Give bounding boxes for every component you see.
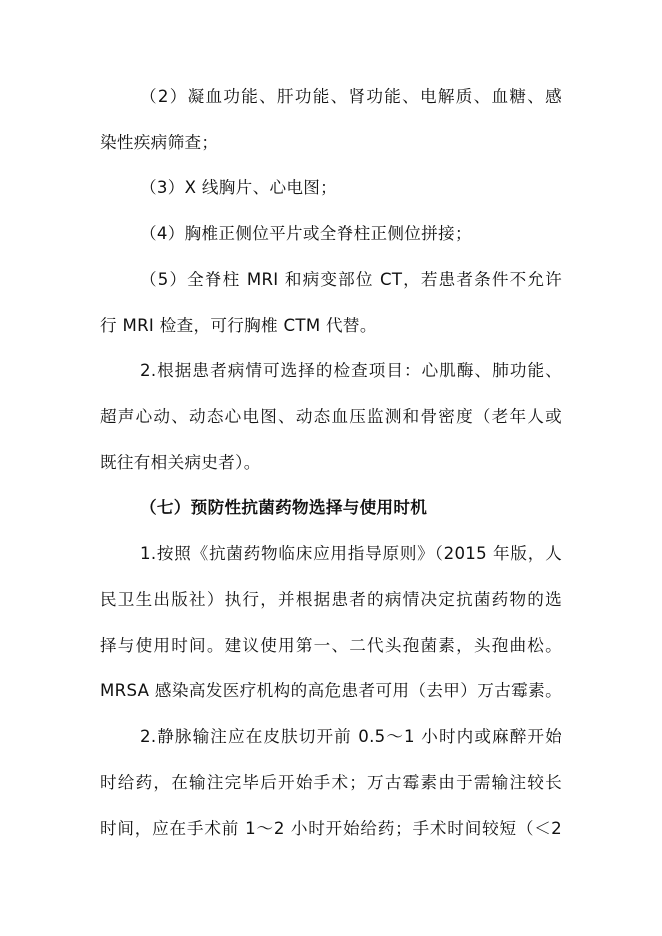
paragraph-line-optional-exams: 2.根据患者病情可选择的检查项目：心肌酶、肺功能、	[140, 360, 562, 382]
paragraph-line-item-5-cont: 行 MRI 检查，可行胸椎 CTM 代替。	[100, 315, 562, 337]
paragraph-line-optional-exams-cont-1: 超声心动、动态心电图、动态血压监测和骨密度（老年人或	[100, 406, 562, 428]
document-page: （2）凝血功能、肝功能、肾功能、电解质、血糖、感 染性疾病筛查； （3）X 线胸…	[0, 0, 662, 936]
section-heading-antibiotics: （七）预防性抗菌药物选择与使用时机	[140, 497, 562, 519]
paragraph-line-item-3: （3）X 线胸片、心电图；	[140, 177, 562, 199]
paragraph-line-item-2-cont: 染性疾病筛查；	[100, 132, 562, 154]
paragraph-line-antibiotics-1-cont-3: MRSA 感染高发医疗机构的高危患者可用（去甲）万古霉素。	[100, 680, 562, 702]
paragraph-line-antibiotics-2-cont-1: 时给药，在输注完毕后开始手术；万古霉素由于需输注较长	[100, 772, 562, 794]
paragraph-line-item-5: （5）全脊柱 MRI 和病变部位 CT，若患者条件不允许	[140, 269, 562, 291]
paragraph-line-item-2: （2）凝血功能、肝功能、肾功能、电解质、血糖、感	[140, 86, 562, 108]
paragraph-line-optional-exams-cont-2: 既往有相关病史者）。	[100, 452, 562, 474]
paragraph-line-antibiotics-1: 1.按照《抗菌药物临床应用指导原则》（2015 年版，人	[140, 543, 562, 565]
paragraph-line-antibiotics-1-cont-2: 择与使用时间。建议使用第一、二代头孢菌素，头孢曲松。	[100, 635, 562, 657]
paragraph-line-antibiotics-1-cont-1: 民卫生出版社）执行，并根据患者的病情决定抗菌药物的选	[100, 589, 562, 611]
paragraph-line-antibiotics-2: 2.静脉输注应在皮肤切开前 0.5～1 小时内或麻醉开始	[140, 726, 562, 748]
paragraph-line-item-4: （4）胸椎正侧位平片或全脊柱正侧位拼接；	[140, 223, 562, 245]
paragraph-line-antibiotics-2-cont-2: 时间，应在手术前 1～2 小时开始给药；手术时间较短（＜2	[100, 818, 562, 840]
